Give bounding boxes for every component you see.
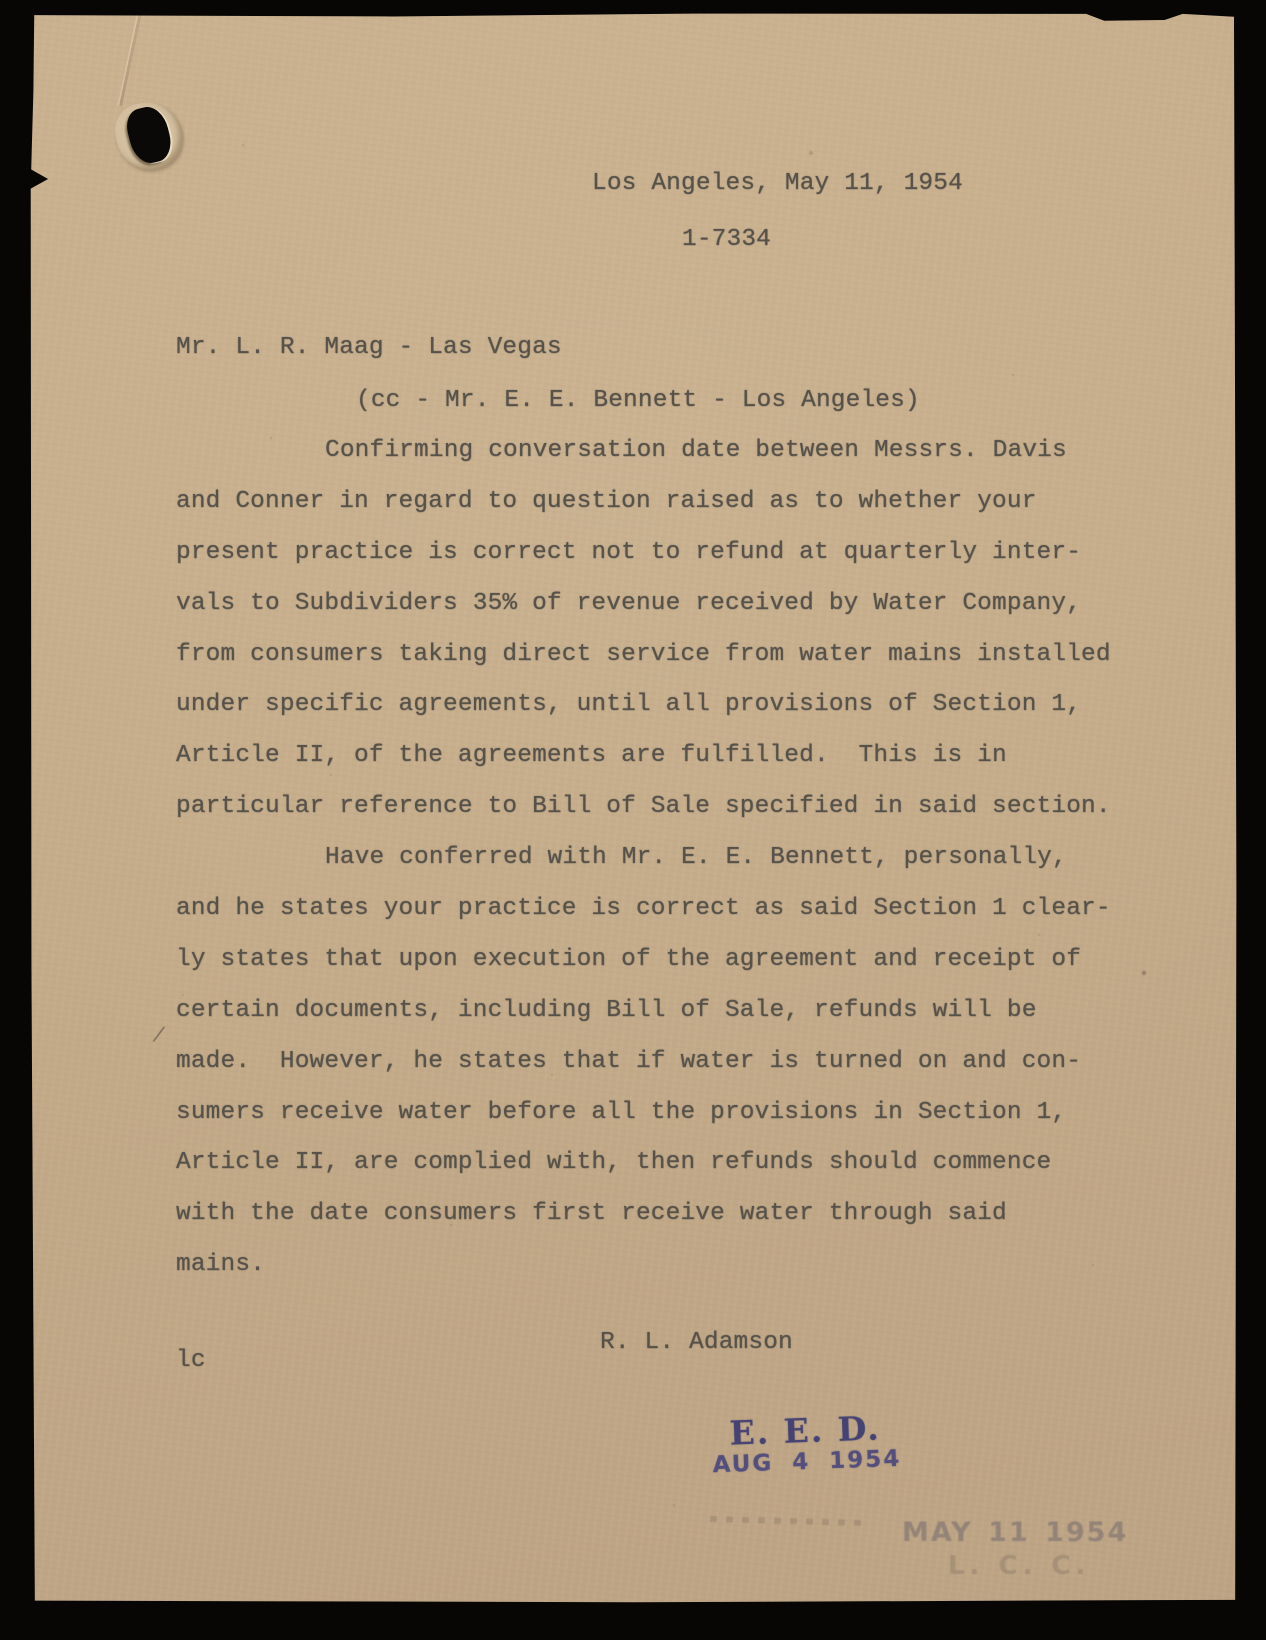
body-line: present practice is correct not to refun… <box>176 528 1111 579</box>
body-line: mains. <box>176 1240 1111 1291</box>
punch-hole <box>116 100 184 172</box>
faded-date-stamp: MAY 11 1954 L. C. C. <box>902 1518 1128 1580</box>
body-line: Article II, are complied with, then refu… <box>176 1138 1111 1189</box>
ink-smudge <box>710 1516 865 1526</box>
body-line: vals to Subdividers 35% of revenue recei… <box>176 579 1111 630</box>
received-stamp: E. E. D. AUG 4 1954 <box>711 1411 902 1480</box>
letter-paper: / Los Angeles, May 11, 1954 1-7334 Mr. L… <box>30 12 1237 1603</box>
body-line: certain documents, including Bill of Sal… <box>176 986 1111 1037</box>
faded-stamp-org: L. C. C. <box>948 1552 1128 1580</box>
faded-stamp-date: MAY 11 1954 <box>902 1518 1128 1548</box>
received-stamp-date: AUG 4 1954 <box>712 1445 902 1480</box>
body-line: under specific agreements, until all pro… <box>176 680 1111 731</box>
letter-body: Confirming conversation date between Mes… <box>176 426 1111 1291</box>
stray-ink-mark: / <box>150 1023 167 1050</box>
signature: R. L. Adamson <box>600 1329 793 1357</box>
paper-crease <box>119 12 142 107</box>
scan-background: / Los Angeles, May 11, 1954 1-7334 Mr. L… <box>0 0 1266 1640</box>
dateline: Los Angeles, May 11, 1954 <box>592 170 963 198</box>
body-line: and he states your practice is correct a… <box>176 884 1111 935</box>
typist-initials: lc <box>176 1347 206 1375</box>
body-line: Have conferred with Mr. E. E. Bennett, p… <box>176 833 1111 884</box>
body-line: Confirming conversation date between Mes… <box>176 426 1111 477</box>
body-line: sumers receive water before all the prov… <box>176 1088 1111 1139</box>
paper-specks <box>30 12 32 14</box>
body-line: made. However, he states that if water i… <box>176 1037 1111 1088</box>
recipient-line: Mr. L. R. Maag - Las Vegas <box>176 334 562 362</box>
body-line: with the date consumers first receive wa… <box>176 1189 1111 1240</box>
body-line: Article II, of the agreements are fulfil… <box>176 731 1111 782</box>
cc-line: (cc - Mr. E. E. Bennett - Los Angeles) <box>356 387 920 415</box>
file-number: 1-7334 <box>682 226 771 254</box>
body-line: ly states that upon execution of the agr… <box>176 935 1111 986</box>
body-line: particular reference to Bill of Sale spe… <box>176 782 1111 833</box>
body-line: and Conner in regard to question raised … <box>176 477 1111 528</box>
body-line: from consumers taking direct service fro… <box>176 630 1111 681</box>
